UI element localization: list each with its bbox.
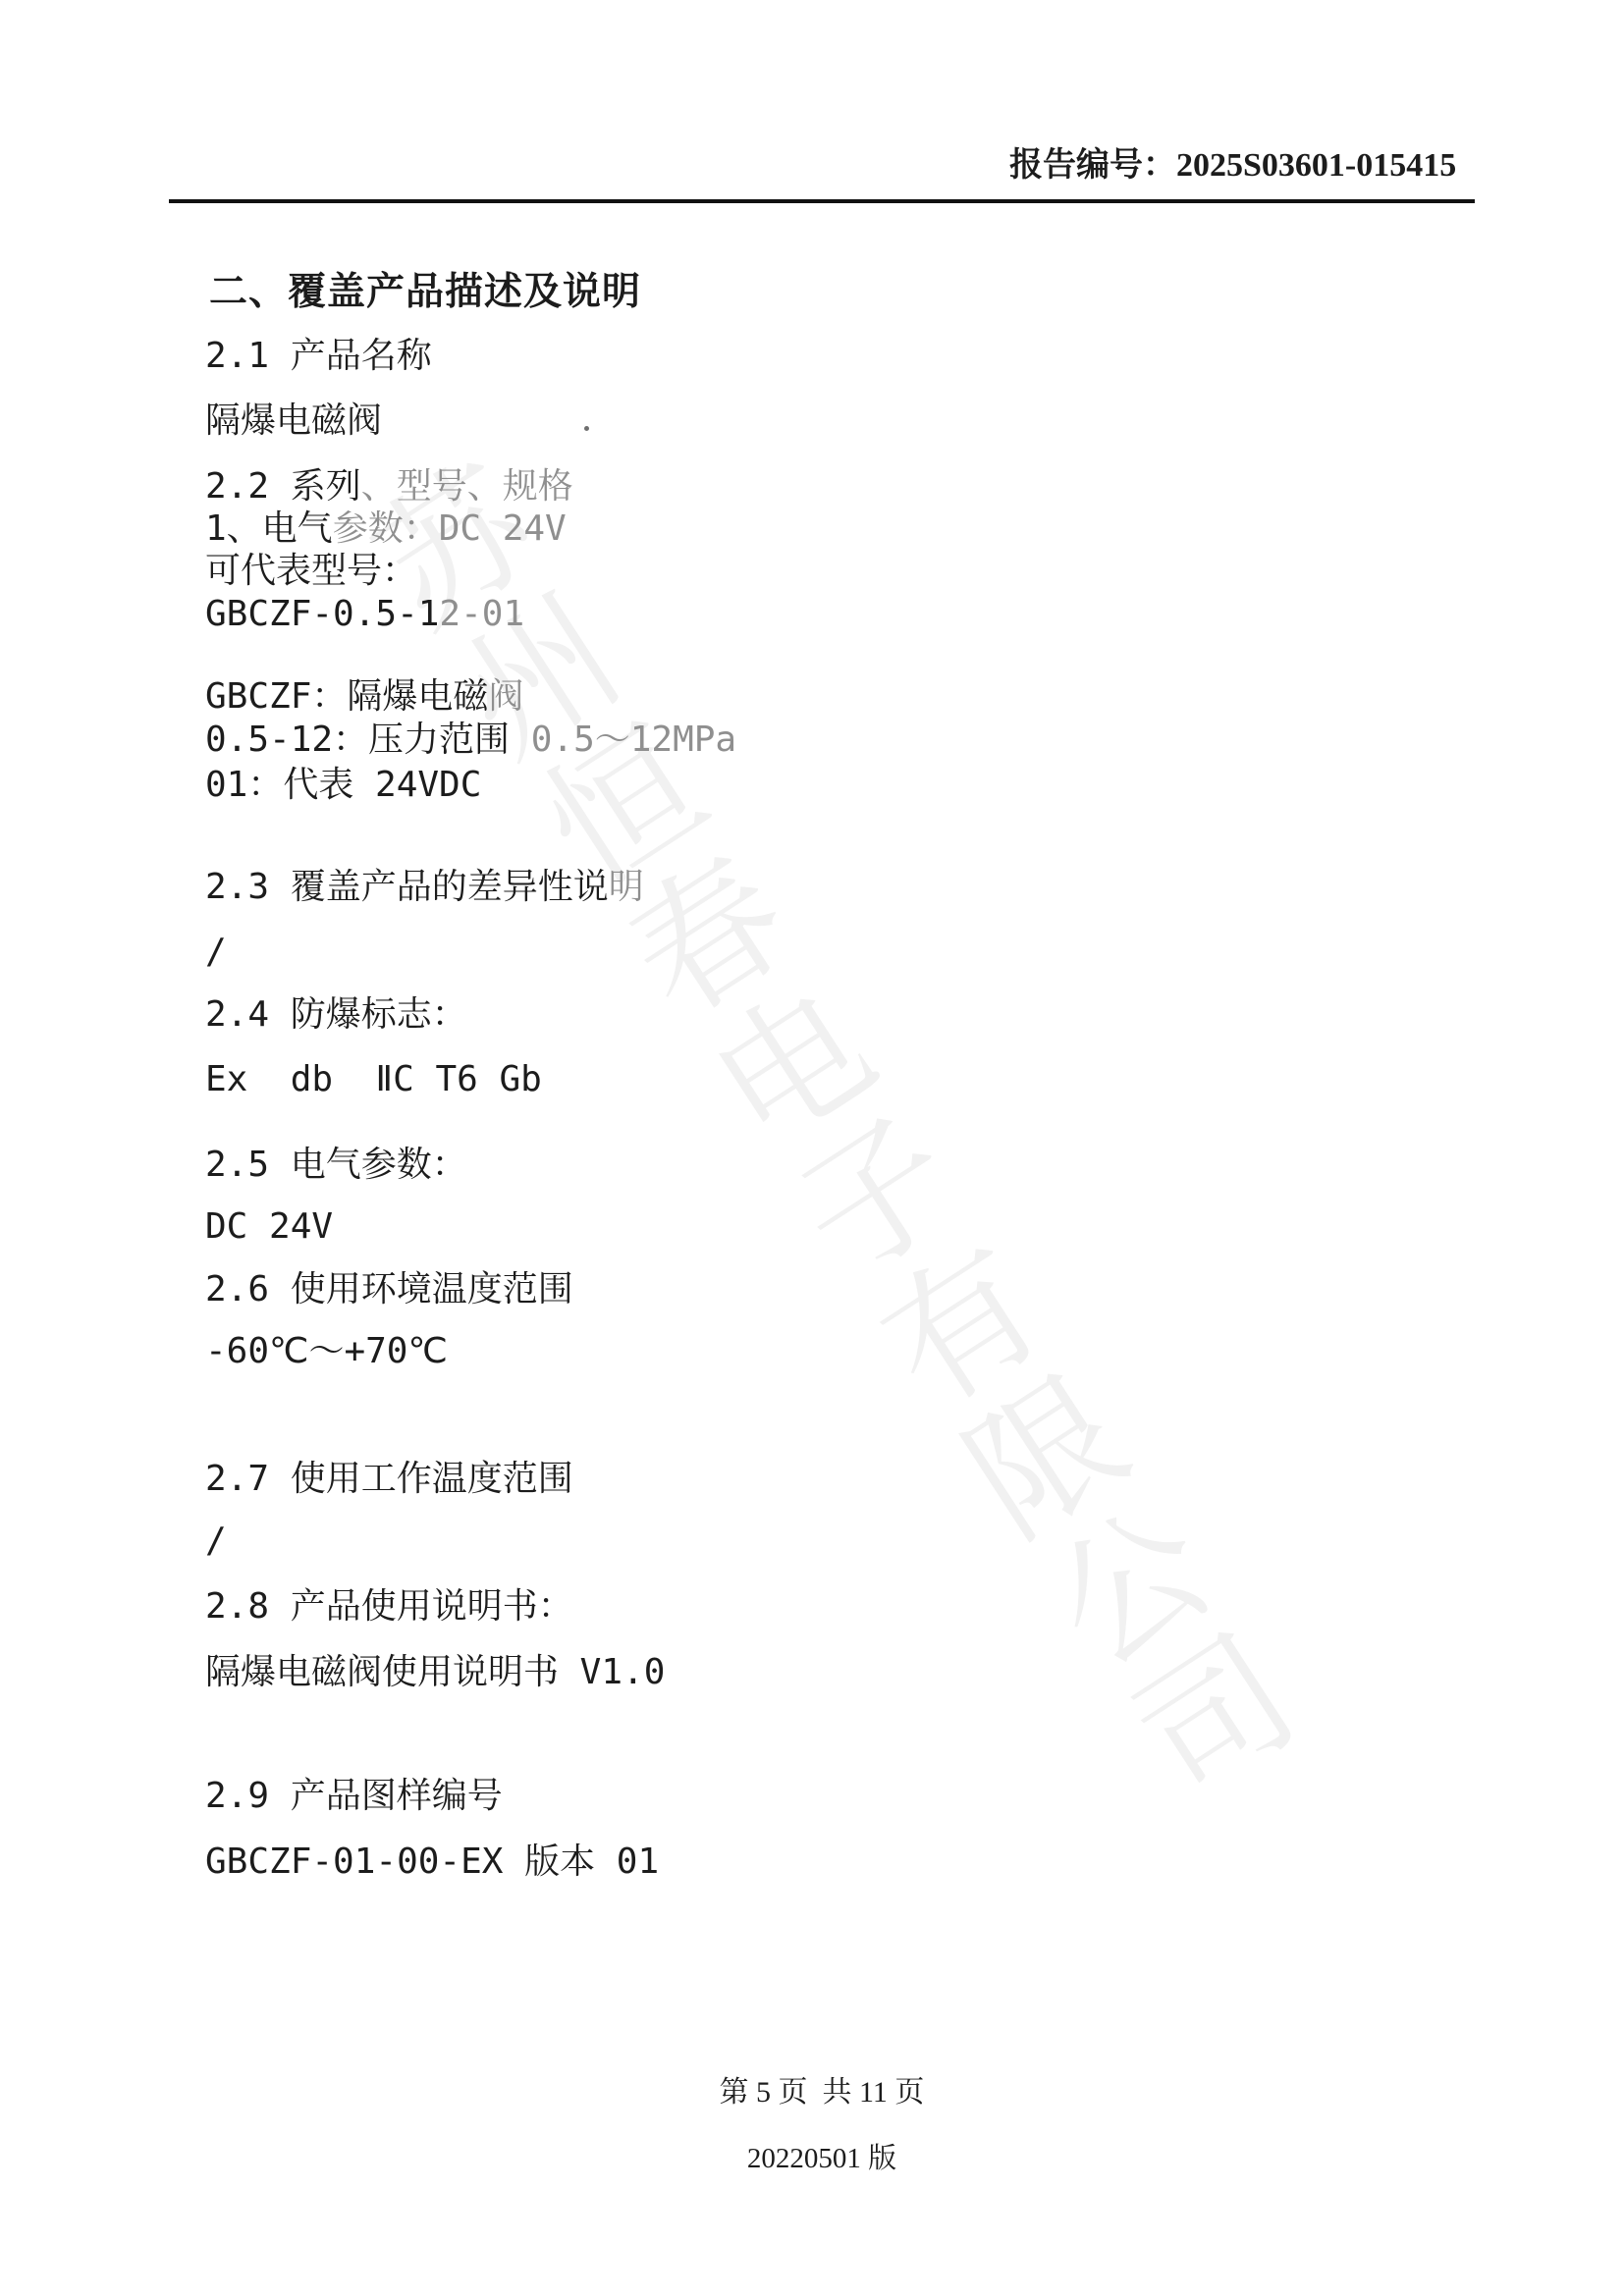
text-line: 0.5-12：压力范围 0.5～12MPa <box>205 719 736 762</box>
text-segment: 2.6 使用环境温度范围 <box>205 1269 573 1309</box>
document-body: 二、覆盖产品描述及说明2.1 产品名称隔爆电磁阀2.2 系列、型号、规格1、电气… <box>0 0 1624 2296</box>
text-segment: Ex db ⅡC T6 Gb <box>205 1059 542 1099</box>
report-page: 苏州恒春电子有限公司 报告编号：2025S03601-015415 二、覆盖产品… <box>0 0 1624 2296</box>
text-segment: 2.8 产品使用说明书： <box>205 1586 573 1627</box>
text-segment: 二、覆盖产品描述及说明 <box>209 271 641 313</box>
faded-text-segment: 阀 <box>488 676 523 717</box>
section-heading: 二、覆盖产品描述及说明 <box>209 269 641 316</box>
text-segment: DC 24V <box>205 1206 333 1247</box>
text-line: 2.8 产品使用说明书： <box>205 1585 573 1629</box>
text-line: 2.9 产品图样编号 <box>205 1775 503 1818</box>
footer-page-number: 第 5 页 共 11 页 <box>0 2067 1624 2110</box>
text-segment: 2.7 使用工作温度范围 <box>205 1459 573 1499</box>
faded-text-segment: 、型号、规格 <box>361 466 573 507</box>
text-line: GBCZF：隔爆电磁阀 <box>205 675 523 719</box>
text-segment: 0.5-12：压力范围 <box>205 720 531 760</box>
text-segment: 2.1 产品名称 <box>205 336 432 376</box>
text-segment: 2.2 系列 <box>205 466 361 507</box>
text-line: GBCZF-0.5-12-01 <box>205 593 524 636</box>
text-line: 2.4 防爆标志： <box>205 993 467 1037</box>
text-segment: 隔爆电磁阀 <box>205 400 382 441</box>
text-line: 2.1 产品名称 <box>205 335 432 378</box>
footer-version: 20220501 版 <box>0 2136 1624 2176</box>
text-line: 2.5 电气参数： <box>205 1144 467 1187</box>
text-line: 01：代表 24VDC <box>205 764 481 807</box>
text-segment: 2.5 电气参数： <box>205 1145 467 1185</box>
text-segment: 01：代表 24VDC <box>205 765 481 805</box>
text-line: GBCZF-01-00-EX 版本 01 <box>205 1841 659 1884</box>
faded-text-segment: 明 <box>609 867 644 907</box>
text-line: 1、电气参数：DC 24V <box>205 507 567 551</box>
text-line: / <box>205 1520 227 1563</box>
text-segment: / <box>205 1521 227 1561</box>
text-segment: -60℃～+70℃ <box>205 1331 448 1371</box>
text-line: Ex db ⅡC T6 Gb <box>205 1058 542 1101</box>
text-segment: GBCZF-0.5-1 <box>205 594 439 634</box>
text-segment: 2.4 防爆标志： <box>205 994 467 1035</box>
text-line: -60℃～+70℃ <box>205 1330 448 1373</box>
text-segment: 2.3 覆盖产品的差异性说 <box>205 867 609 907</box>
text-line: 2.3 覆盖产品的差异性说明 <box>205 866 644 909</box>
faded-text-segment: 0.5～12MPa <box>531 720 736 760</box>
text-line: 2.2 系列、型号、规格 <box>205 465 573 508</box>
text-segment: / <box>205 932 227 972</box>
text-line: 2.6 使用环境温度范围 <box>205 1268 573 1311</box>
text-segment: 2.9 产品图样编号 <box>205 1776 503 1816</box>
faded-text-segment: 参数：DC 24V <box>333 508 567 549</box>
text-line: / <box>205 931 227 974</box>
text-line: 隔爆电磁阀使用说明书 V1.0 <box>205 1651 665 1694</box>
text-segment: GBCZF：隔爆电磁 <box>205 676 488 717</box>
text-segment: GBCZF-01-00-EX 版本 01 <box>205 1842 659 1882</box>
text-segment: 1、电气 <box>205 508 333 549</box>
text-segment: 隔爆电磁阀使用说明书 V1.0 <box>205 1652 665 1692</box>
text-line: DC 24V <box>205 1205 333 1249</box>
text-line: 2.7 使用工作温度范围 <box>205 1458 573 1501</box>
faded-text-segment: 2-01 <box>439 594 524 634</box>
text-segment: 可代表型号： <box>205 551 417 591</box>
text-line: 隔爆电磁阀 <box>205 400 382 443</box>
text-line: 可代表型号： <box>205 550 417 593</box>
